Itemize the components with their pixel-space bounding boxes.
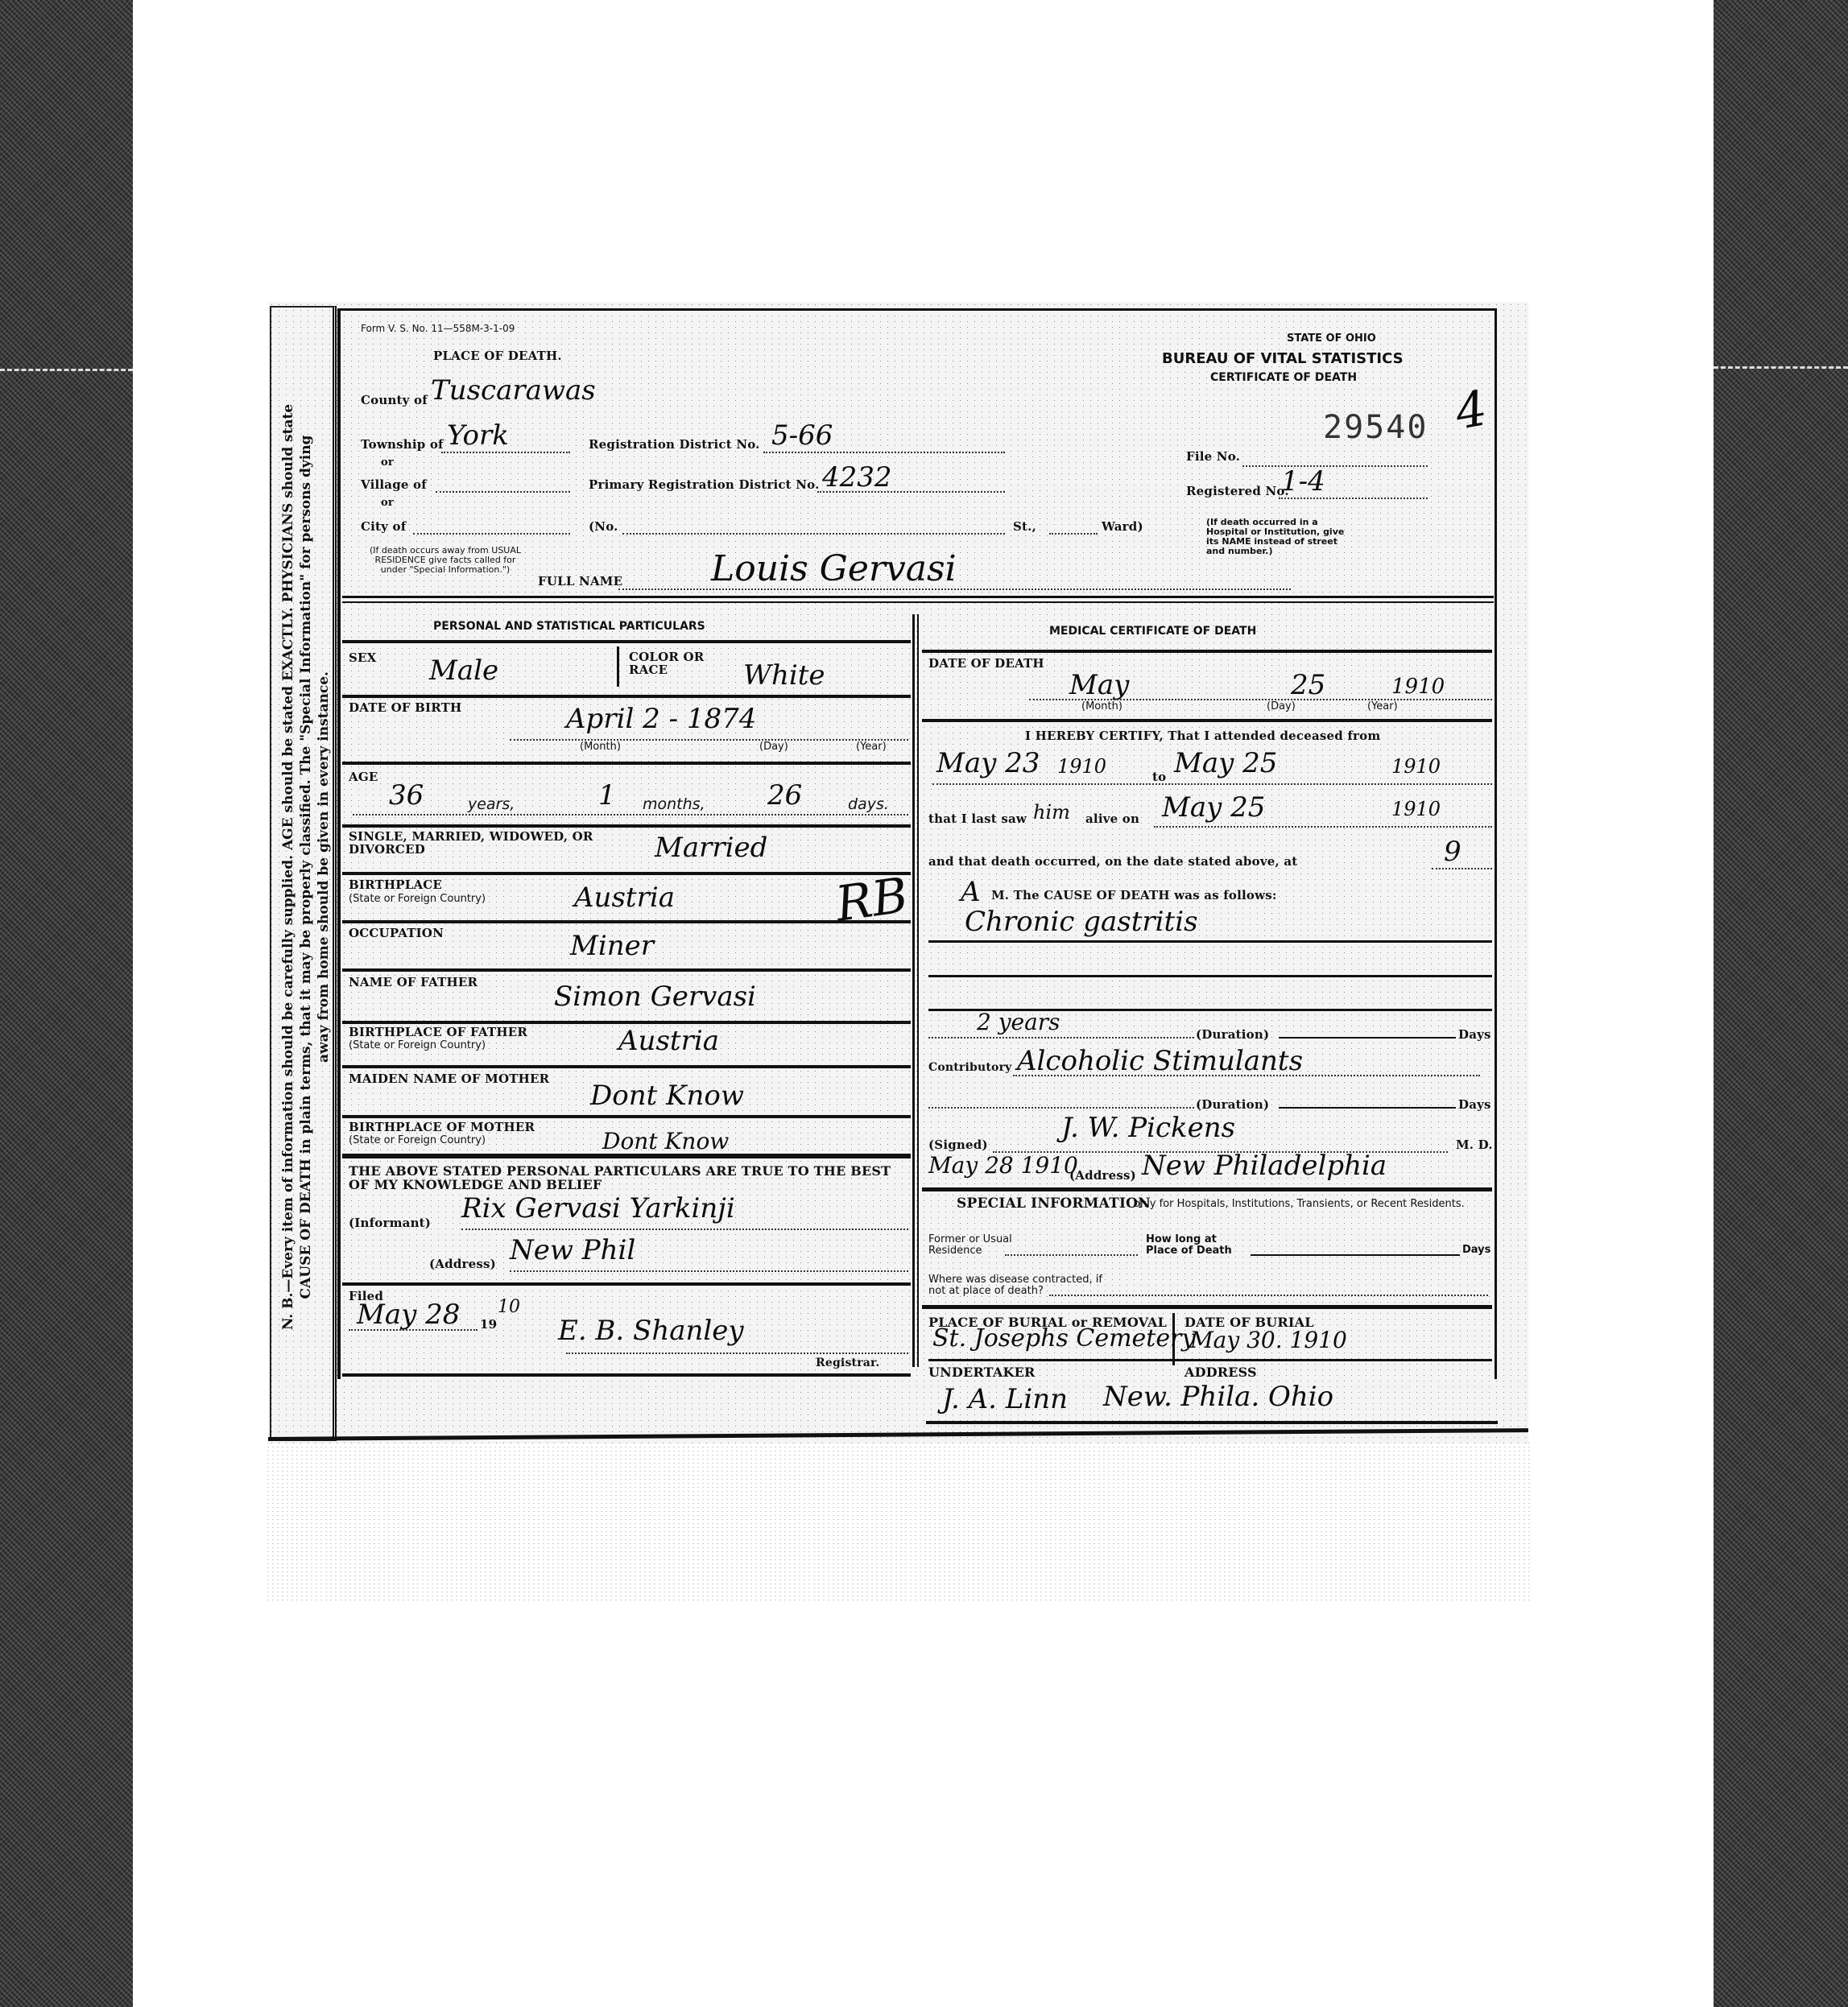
informant-label: (Informant) — [349, 1216, 431, 1230]
sex-value[interactable]: Male — [429, 655, 498, 687]
scan-border-left — [0, 0, 133, 2007]
place-of-death-title: PLACE OF DEATH. — [433, 349, 562, 363]
marital-label: SINGLE, MARRIED, WIDOWED, OR DIVORCED — [349, 830, 606, 856]
township-label: Township of — [361, 437, 444, 452]
reg-district-label: Registration District No. — [589, 437, 760, 452]
scan-noise — [266, 1441, 1530, 1602]
duration-value[interactable]: 2 years — [977, 1009, 1060, 1035]
former-residence-label: Former or Usual Residence — [928, 1234, 1041, 1257]
full-name-value[interactable]: Louis Gervasi — [711, 548, 957, 589]
age-label: AGE — [349, 770, 378, 784]
occupation-label: OCCUPATION — [349, 926, 444, 940]
registrar-signature: E. B. Shanley — [558, 1315, 744, 1347]
undertaker-address-label: ADDRESS — [1184, 1365, 1257, 1380]
informant-address-value[interactable]: New Phil — [510, 1234, 635, 1266]
occupation-value[interactable]: Miner — [570, 930, 654, 962]
contributory-label: Contributory — [928, 1061, 1012, 1074]
file-no-label: File No. — [1186, 449, 1240, 464]
contributory-value[interactable]: Alcoholic Stimulants — [1017, 1045, 1303, 1077]
instructions-sidebar: N. B.—Every item of information should b… — [270, 306, 337, 1441]
filed-date-value[interactable]: May 28 — [357, 1299, 460, 1331]
county-value[interactable]: Tuscarawas — [431, 374, 596, 407]
physician-address-value[interactable]: New Philadelphia — [1142, 1150, 1387, 1182]
medical-section-title: MEDICAL CERTIFICATE OF DEATH — [1049, 625, 1256, 638]
undertaker-address-value[interactable]: New. Phila. Ohio — [1103, 1381, 1333, 1413]
attended-to-value[interactable]: May 25 — [1174, 747, 1277, 779]
bureau-title: BUREAU OF VITAL STATISTICS — [1162, 350, 1404, 367]
birthplace-value[interactable]: Austria — [574, 882, 675, 914]
father-name-label: NAME OF FATHER — [349, 975, 478, 989]
dob-value[interactable]: April 2 - 1874 — [566, 703, 756, 735]
burial-date-value[interactable]: May 30. 1910 — [1190, 1327, 1347, 1353]
registered-no-label: Registered No. — [1186, 484, 1289, 498]
corner-mark: 4 — [1451, 380, 1491, 441]
instructions-text: N. B.—Every item of information should b… — [279, 304, 333, 1431]
mother-name-label: MAIDEN NAME OF MOTHER — [349, 1072, 549, 1086]
age-years-value[interactable]: 36 — [389, 779, 424, 811]
birthplace-label: BIRTHPLACE — [349, 878, 442, 892]
age-days-value[interactable]: 26 — [767, 779, 802, 811]
hospital-note: (If death occurred in a Hospital or Inst… — [1206, 518, 1351, 556]
father-birthplace-value[interactable]: Austria — [618, 1025, 719, 1057]
ampm-value[interactable]: A — [961, 876, 981, 908]
informant-address-label: (Address) — [429, 1257, 496, 1271]
certificate-form: Form V. S. No. 11—558M-3-1-09 PLACE OF D… — [341, 308, 1496, 1379]
informant-value[interactable]: Rix Gervasi Yarkinji — [461, 1192, 735, 1224]
physician-address-label: (Address) — [1069, 1168, 1136, 1183]
signed-value: J. W. Pickens — [1061, 1112, 1235, 1144]
age-months-value[interactable]: 1 — [598, 779, 616, 811]
attestation-text: THE ABOVE STATED PERSONAL PARTICULARS AR… — [349, 1164, 904, 1191]
county-label: County of — [361, 393, 428, 407]
dod-label: DATE OF DEATH — [928, 656, 1044, 671]
race-value[interactable]: White — [743, 659, 825, 692]
special-info-subtitle: only for Hospitals, Institutions, Transi… — [1134, 1198, 1488, 1211]
certify-text: I HEREBY CERTIFY, That I attended deceas… — [1025, 729, 1380, 743]
filed-year-value[interactable]: 10 — [498, 1297, 520, 1317]
mother-birthplace-label: BIRTHPLACE OF MOTHER — [349, 1120, 535, 1134]
village-label: Village of — [361, 477, 427, 492]
race-label: COLOR OR RACE — [629, 650, 709, 676]
dod-year-value[interactable]: 1910 — [1391, 675, 1445, 699]
marital-value[interactable]: Married — [655, 832, 767, 864]
personal-section-title: PERSONAL AND STATISTICAL PARTICULARS — [433, 620, 705, 633]
registrar-label: Registrar. — [816, 1357, 879, 1369]
reg-district-value[interactable]: 5-66 — [771, 419, 833, 452]
last-saw-text: that I last saw — [928, 811, 1027, 826]
signed-label: (Signed) — [928, 1138, 988, 1152]
street-no-label: (No. — [589, 519, 618, 534]
last-saw-date-value[interactable]: May 25 — [1162, 791, 1265, 824]
how-long-label: How long at Place of Death — [1146, 1234, 1242, 1257]
undertaker-underline — [926, 1421, 1498, 1424]
contracted-label: Where was disease contracted, if not at … — [928, 1274, 1114, 1297]
undertaker-value[interactable]: J. A. Linn — [942, 1383, 1068, 1415]
sex-label: SEX — [349, 650, 377, 665]
burial-place-value[interactable]: St. Josephs Cemetery — [932, 1324, 1195, 1352]
primary-reg-value[interactable]: 4232 — [822, 461, 892, 493]
signed-date-value[interactable]: May 28 1910 — [928, 1152, 1078, 1179]
undertaker-label: UNDERTAKER — [928, 1365, 1036, 1380]
mother-name-value[interactable]: Dont Know — [590, 1080, 744, 1112]
form-number: Form V. S. No. 11—558M-3-1-09 — [361, 323, 515, 334]
cause-value[interactable]: Chronic gastritis — [965, 906, 1198, 938]
dod-month-value[interactable]: May — [1069, 669, 1129, 701]
township-value[interactable]: York — [447, 419, 509, 452]
occurred-text: and that death occurred, on the date sta… — [928, 854, 1297, 869]
dod-day-value[interactable]: 25 — [1291, 669, 1325, 701]
primary-reg-label: Primary Registration District No. — [589, 477, 820, 492]
special-info-title: SPECIAL INFORMATION — [957, 1196, 1151, 1212]
father-name-value[interactable]: Simon Gervasi — [554, 981, 756, 1013]
father-birthplace-label: BIRTHPLACE OF FATHER — [349, 1025, 527, 1039]
registered-no-value[interactable]: 1-4 — [1281, 465, 1325, 498]
mother-birthplace-value[interactable]: Dont Know — [602, 1128, 729, 1154]
attended-from-value[interactable]: May 23 — [936, 747, 1040, 779]
residence-note: (If death occurs away from USUAL RESIDEN… — [361, 546, 530, 575]
dob-label: DATE OF BIRTH — [349, 700, 461, 715]
state-title: STATE OF OHIO — [1287, 332, 1376, 345]
margin-initials: RB — [833, 867, 912, 933]
cause-text: M. The CAUSE OF DEATH was as follows: — [991, 888, 1277, 902]
file-no-value[interactable]: 29540 — [1323, 409, 1428, 446]
scan-border-right — [1714, 0, 1848, 2007]
certificate-title: CERTIFICATE OF DEATH — [1210, 371, 1357, 384]
full-name-label: FULL NAME — [538, 574, 622, 588]
city-label: City of — [361, 519, 406, 534]
time-value[interactable]: 9 — [1444, 836, 1461, 868]
